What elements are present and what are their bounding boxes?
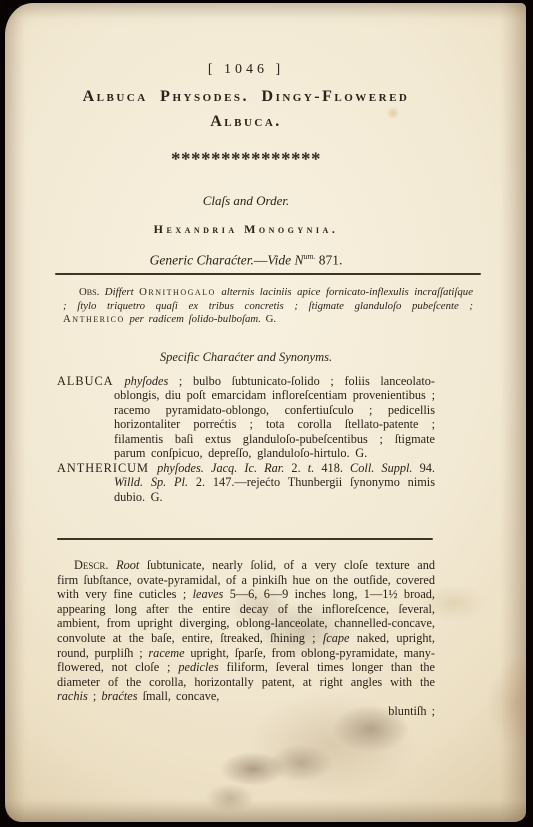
class-and-order-heading: Claſs and Order.: [57, 193, 435, 209]
description-block: Descr. Root ſubtunicate, nearly ſolid, o…: [57, 558, 435, 719]
class-and-order-value: Hexandria Monogynia.: [57, 222, 435, 237]
scanned-page: [ 1046 ] Albuca Physodes. Dingy-Flowered…: [5, 3, 526, 822]
page-title-line2: Albuca.: [57, 113, 435, 131]
synonyms-block: ALBUCA phyſodes ; bulbo ſubtunicato-ſoli…: [57, 374, 435, 504]
backdrop: [ 1046 ] Albuca Physodes. Dingy-Flowered…: [0, 0, 533, 827]
page-number-text: [ 1046 ]: [208, 62, 284, 77]
synonym-entry-albuca: ALBUCA phyſodes ; bulbo ſubtunicato-ſoli…: [57, 374, 435, 461]
description-paragraph: Descr. Root ſubtunicate, nearly ſolid, o…: [57, 558, 435, 719]
divider-rule-top: [55, 273, 481, 275]
generic-character-line: Generic Charaćter.—Vide Num. 871.: [57, 252, 435, 269]
synonym-entry-anthericum: ANTHERICUM phyſodes. Jacq. Ic. Rar. 2. t…: [57, 461, 435, 504]
divider-rule-bottom: [57, 538, 433, 540]
page-title-line1: Albuca Physodes. Dingy-Flowered: [57, 88, 435, 106]
asterisk-ornament: ***************: [57, 149, 435, 171]
page-number: [ 1046 ]: [57, 62, 435, 78]
specific-character-heading: Specific Charaćter and Synonyms.: [57, 350, 435, 365]
observation-note: Obs. Differt Ornithogalo alternis lacini…: [63, 286, 473, 327]
